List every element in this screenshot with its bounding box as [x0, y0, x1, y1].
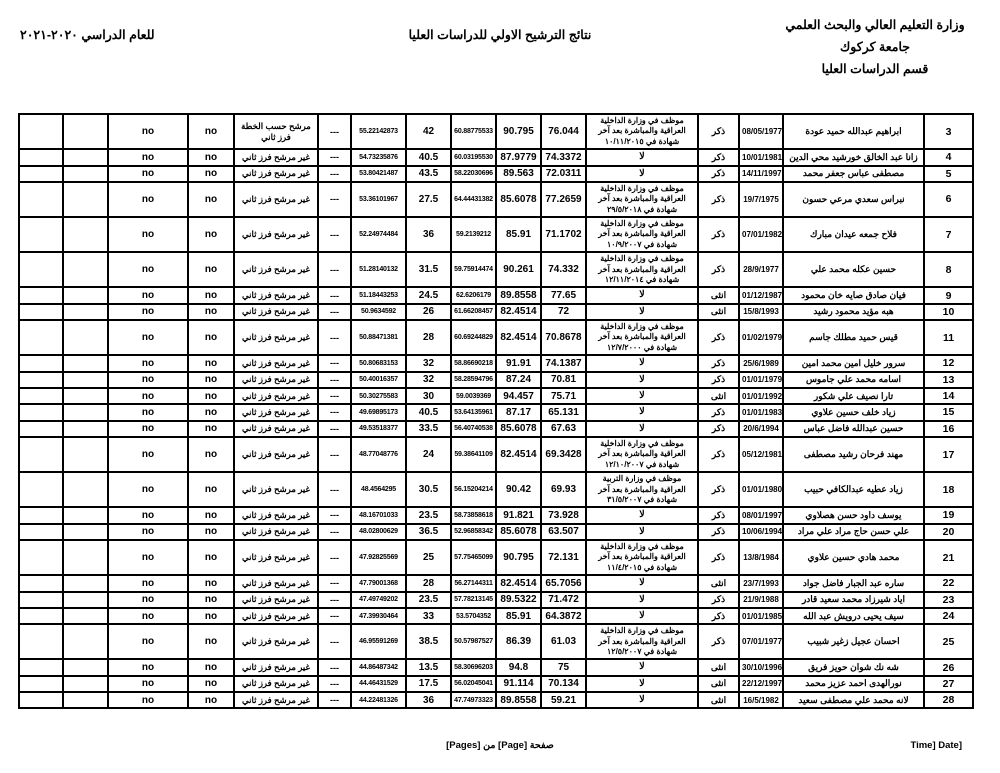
cell-extra-a [19, 659, 63, 675]
cell-graduation-average: 77.2659 [541, 182, 586, 217]
cell-row-number: 17 [924, 437, 973, 472]
cell-gender: انثى [698, 659, 739, 675]
cell-weighted-average: 61.66208457 [451, 304, 496, 320]
cell-name: ساره عبد الجبار فاضل جواد [783, 575, 924, 591]
cell-dashes: --- [318, 388, 351, 404]
table-row: nonoغير مرشح فرز ثاني---50.302755833059.… [19, 388, 973, 404]
cell-extra-a [19, 421, 63, 437]
cell-graduation-average: 77.65 [541, 287, 586, 303]
cell-name: ابراهيم عبدالله حميد عودة [783, 114, 924, 149]
cell-final-score: 44.22481326 [351, 692, 406, 708]
results-table-body: nonoمرشح حسب الخطة فرز ثاني---55.2214287… [19, 114, 973, 708]
cell-graduation-average: 61.03 [541, 624, 586, 659]
cell-name: مصطفى عباس جعفر محمد [783, 166, 924, 182]
cell-employment-status: لا [586, 149, 698, 165]
table-row: nonoغير مرشح فرز ثاني---53.3610196727.56… [19, 182, 973, 217]
cell-extra-b [63, 217, 108, 252]
cell-employment-status: موظف في وزارة الداخلية العراقية والمباشر… [586, 624, 698, 659]
cell-weighted-average: 58.28594796 [451, 372, 496, 388]
cell-graduation-average: 70.8678 [541, 320, 586, 355]
cell-adjusted-average: 90.261 [496, 252, 541, 287]
cell-extra-b [63, 507, 108, 523]
cell-test-score: 25 [406, 540, 451, 575]
cell-employment-status: لا [586, 575, 698, 591]
cell-name: نورالهدى احمد عزيز محمد [783, 676, 924, 692]
cell-no-flag-1: no [188, 114, 234, 149]
cell-no-flag-2: no [108, 692, 188, 708]
cell-gender: ذكر [698, 421, 739, 437]
cell-adjusted-average: 90.795 [496, 540, 541, 575]
cell-no-flag-1: no [188, 692, 234, 708]
cell-final-score: 50.80683153 [351, 355, 406, 371]
cell-no-flag-2: no [108, 166, 188, 182]
cell-extra-a [19, 304, 63, 320]
cell-adjusted-average: 94.8 [496, 659, 541, 675]
cell-dashes: --- [318, 287, 351, 303]
cell-name: هبه مؤيد محمود رشيد [783, 304, 924, 320]
cell-dashes: --- [318, 217, 351, 252]
cell-employment-status: لا [586, 404, 698, 420]
cell-dashes: --- [318, 114, 351, 149]
cell-extra-b [63, 676, 108, 692]
cell-no-flag-2: no [108, 608, 188, 624]
cell-graduation-average: 73.928 [541, 507, 586, 523]
cell-nomination-status: غير مرشح فرز ثاني [234, 608, 318, 624]
cell-gender: ذكر [698, 592, 739, 608]
cell-no-flag-2: no [108, 524, 188, 540]
cell-nomination-status: غير مرشح فرز ثاني [234, 287, 318, 303]
cell-employment-status: لا [586, 592, 698, 608]
table-row: nonoغير مرشح فرز ثاني---44.8648734213.55… [19, 659, 973, 675]
cell-test-score: 23.5 [406, 592, 451, 608]
cell-final-score: 47.92825569 [351, 540, 406, 575]
cell-name: مهند فرحان رشيد مصطفى [783, 437, 924, 472]
cell-birthdate: 19/7/1975 [739, 182, 783, 217]
cell-gender: ذكر [698, 114, 739, 149]
cell-no-flag-1: no [188, 252, 234, 287]
cell-gender: ذكر [698, 372, 739, 388]
cell-no-flag-2: no [108, 575, 188, 591]
cell-test-score: 32 [406, 355, 451, 371]
cell-graduation-average: 69.93 [541, 472, 586, 507]
cell-birthdate: 01/01/1980 [739, 472, 783, 507]
cell-extra-b [63, 182, 108, 217]
cell-gender: انثى [698, 287, 739, 303]
cell-extra-b [63, 472, 108, 507]
cell-graduation-average: 74.3372 [541, 149, 586, 165]
table-row: nonoغير مرشح فرز ثاني---53.8042148743.55… [19, 166, 973, 182]
table-row: nonoغير مرشح فرز ثاني---47.399304643353.… [19, 608, 973, 624]
cell-employment-status: موظف في وزارة الداخلية العراقية والمباشر… [586, 217, 698, 252]
cell-extra-b [63, 114, 108, 149]
cell-final-score: 53.80421487 [351, 166, 406, 182]
cell-name: علي حسن حاج مراد علي مراد [783, 524, 924, 540]
cell-dashes: --- [318, 182, 351, 217]
cell-row-number: 8 [924, 252, 973, 287]
cell-name: حسين عبدالله فاضل عباس [783, 421, 924, 437]
cell-nomination-status: مرشح حسب الخطة فرز ثاني [234, 114, 318, 149]
cell-gender: ذكر [698, 404, 739, 420]
cell-gender: ذكر [698, 182, 739, 217]
cell-no-flag-1: no [188, 472, 234, 507]
cell-graduation-average: 59.21 [541, 692, 586, 708]
cell-adjusted-average: 91.114 [496, 676, 541, 692]
cell-gender: ذكر [698, 320, 739, 355]
cell-birthdate: 21/9/1988 [739, 592, 783, 608]
results-table: nonoمرشح حسب الخطة فرز ثاني---55.2214287… [18, 113, 974, 709]
cell-adjusted-average: 89.563 [496, 166, 541, 182]
cell-extra-a [19, 507, 63, 523]
table-row: nonoغير مرشح فرز ثاني---50.806831533258.… [19, 355, 973, 371]
cell-no-flag-1: no [188, 182, 234, 217]
cell-weighted-average: 53.5704352 [451, 608, 496, 624]
cell-final-score: 48.02800629 [351, 524, 406, 540]
cell-nomination-status: غير مرشح فرز ثاني [234, 540, 318, 575]
cell-extra-b [63, 692, 108, 708]
cell-extra-b [63, 320, 108, 355]
cell-weighted-average: 56.02045041 [451, 676, 496, 692]
cell-graduation-average: 72.0311 [541, 166, 586, 182]
cell-row-number: 4 [924, 149, 973, 165]
table-row: nonoغير مرشح فرز ثاني---46.9559126938.55… [19, 624, 973, 659]
cell-dashes: --- [318, 507, 351, 523]
cell-employment-status: لا [586, 608, 698, 624]
cell-dashes: --- [318, 592, 351, 608]
cell-name: لانه محمد علي مصطفى سعيد [783, 692, 924, 708]
cell-no-flag-2: no [108, 540, 188, 575]
cell-employment-status: موظف في وزارة التربية العراقية والمباشرة… [586, 472, 698, 507]
cell-employment-status: لا [586, 287, 698, 303]
cell-name: سرور خليل امين محمد امين [783, 355, 924, 371]
cell-extra-b [63, 287, 108, 303]
cell-dashes: --- [318, 692, 351, 708]
cell-test-score: 31.5 [406, 252, 451, 287]
cell-name: تارا نصيف علي شكور [783, 388, 924, 404]
cell-test-score: 30 [406, 388, 451, 404]
cell-name: محمد هادي حسين علاوي [783, 540, 924, 575]
cell-no-flag-2: no [108, 114, 188, 149]
document-page: وزارة التعليم العالي والبحث العلمي جامعة… [0, 0, 1000, 773]
cell-row-number: 14 [924, 388, 973, 404]
cell-row-number: 26 [924, 659, 973, 675]
cell-gender: انثى [698, 304, 739, 320]
cell-nomination-status: غير مرشح فرز ثاني [234, 355, 318, 371]
cell-final-score: 51.18443253 [351, 287, 406, 303]
cell-birthdate: 01/01/1983 [739, 404, 783, 420]
cell-extra-b [63, 575, 108, 591]
cell-dashes: --- [318, 659, 351, 675]
cell-gender: ذكر [698, 608, 739, 624]
cell-weighted-average: 57.78213145 [451, 592, 496, 608]
cell-dashes: --- [318, 166, 351, 182]
cell-gender: ذكر [698, 166, 739, 182]
cell-gender: ذكر [698, 472, 739, 507]
table-row: nonoغير مرشح فرز ثاني---50.96345922661.6… [19, 304, 973, 320]
cell-test-score: 17.5 [406, 676, 451, 692]
cell-extra-b [63, 404, 108, 420]
cell-extra-b [63, 524, 108, 540]
cell-weighted-average: 56.40740538 [451, 421, 496, 437]
cell-weighted-average: 53.64135961 [451, 404, 496, 420]
cell-name: زانا عبد الخالق خورشيد محي الدين [783, 149, 924, 165]
cell-no-flag-2: no [108, 624, 188, 659]
cell-nomination-status: غير مرشح فرز ثاني [234, 575, 318, 591]
cell-birthdate: 08/01/1997 [739, 507, 783, 523]
cell-row-number: 11 [924, 320, 973, 355]
table-row: nonoغير مرشح فرز ثاني---47.790013682856.… [19, 575, 973, 591]
cell-final-score: 47.49749202 [351, 592, 406, 608]
table-row: nonoغير مرشح فرز ثاني---47.928255692557.… [19, 540, 973, 575]
cell-final-score: 46.95591269 [351, 624, 406, 659]
cell-row-number: 3 [924, 114, 973, 149]
cell-adjusted-average: 86.39 [496, 624, 541, 659]
cell-test-score: 28 [406, 320, 451, 355]
cell-test-score: 36.5 [406, 524, 451, 540]
cell-no-flag-2: no [108, 287, 188, 303]
cell-dashes: --- [318, 608, 351, 624]
cell-graduation-average: 65.7056 [541, 575, 586, 591]
cell-adjusted-average: 87.9779 [496, 149, 541, 165]
cell-nomination-status: غير مرشح فرز ثاني [234, 166, 318, 182]
table-row: nonoغير مرشح فرز ثاني---44.224813263647.… [19, 692, 973, 708]
cell-extra-a [19, 149, 63, 165]
cell-row-number: 22 [924, 575, 973, 591]
cell-birthdate: 08/05/1977 [739, 114, 783, 149]
cell-graduation-average: 74.332 [541, 252, 586, 287]
table-row: nonoغير مرشح فرز ثاني---51.2814013231.55… [19, 252, 973, 287]
cell-no-flag-2: no [108, 507, 188, 523]
cell-birthdate: 10/01/1981 [739, 149, 783, 165]
cell-no-flag-1: no [188, 676, 234, 692]
cell-gender: ذكر [698, 252, 739, 287]
cell-no-flag-1: no [188, 320, 234, 355]
cell-adjusted-average: 87.24 [496, 372, 541, 388]
cell-final-score: 55.22142873 [351, 114, 406, 149]
cell-gender: ذكر [698, 217, 739, 252]
cell-birthdate: 01/12/1987 [739, 287, 783, 303]
cell-extra-b [63, 421, 108, 437]
table-row: nonoغير مرشح فرز ثاني---47.4974920223.55… [19, 592, 973, 608]
cell-no-flag-1: no [188, 659, 234, 675]
cell-extra-a [19, 252, 63, 287]
cell-gender: ذكر [698, 624, 739, 659]
cell-nomination-status: غير مرشح فرز ثاني [234, 507, 318, 523]
cell-adjusted-average: 82.4514 [496, 575, 541, 591]
cell-nomination-status: غير مرشح فرز ثاني [234, 437, 318, 472]
table-row: nonoغير مرشح فرز ثاني---44.4643152917.55… [19, 676, 973, 692]
cell-birthdate: 20/6/1994 [739, 421, 783, 437]
cell-extra-a [19, 320, 63, 355]
cell-row-number: 27 [924, 676, 973, 692]
cell-final-score: 49.69895173 [351, 404, 406, 420]
cell-graduation-average: 75 [541, 659, 586, 675]
cell-weighted-average: 60.69244829 [451, 320, 496, 355]
cell-gender: ذكر [698, 149, 739, 165]
cell-row-number: 24 [924, 608, 973, 624]
cell-nomination-status: غير مرشح فرز ثاني [234, 421, 318, 437]
cell-final-score: 44.46431529 [351, 676, 406, 692]
cell-weighted-average: 60.03195530 [451, 149, 496, 165]
cell-weighted-average: 59.0039369 [451, 388, 496, 404]
cell-extra-a [19, 166, 63, 182]
cell-adjusted-average: 89.8558 [496, 287, 541, 303]
cell-birthdate: 07/01/1982 [739, 217, 783, 252]
cell-adjusted-average: 87.17 [496, 404, 541, 420]
cell-extra-a [19, 355, 63, 371]
cell-test-score: 24.5 [406, 287, 451, 303]
cell-graduation-average: 69.3428 [541, 437, 586, 472]
cell-row-number: 5 [924, 166, 973, 182]
cell-extra-b [63, 592, 108, 608]
cell-nomination-status: غير مرشح فرز ثاني [234, 472, 318, 507]
cell-dashes: --- [318, 575, 351, 591]
cell-row-number: 6 [924, 182, 973, 217]
cell-extra-a [19, 692, 63, 708]
cell-final-score: 50.30275583 [351, 388, 406, 404]
cell-extra-a [19, 114, 63, 149]
table-row: nonoغير مرشح فرز ثاني---52.249744843659.… [19, 217, 973, 252]
cell-row-number: 7 [924, 217, 973, 252]
cell-weighted-average: 58.22030696 [451, 166, 496, 182]
cell-adjusted-average: 89.8558 [496, 692, 541, 708]
cell-employment-status: لا [586, 507, 698, 523]
cell-employment-status: موظف في وزارة الداخلية العراقية والمباشر… [586, 320, 698, 355]
cell-no-flag-1: no [188, 575, 234, 591]
cell-name: سيف يحيى درويش عبد الله [783, 608, 924, 624]
cell-test-score: 43.5 [406, 166, 451, 182]
cell-birthdate: 28/9/1977 [739, 252, 783, 287]
cell-no-flag-2: no [108, 472, 188, 507]
cell-no-flag-1: no [188, 540, 234, 575]
cell-no-flag-1: no [188, 388, 234, 404]
cell-extra-a [19, 372, 63, 388]
cell-extra-b [63, 372, 108, 388]
cell-test-score: 36 [406, 217, 451, 252]
cell-adjusted-average: 82.4514 [496, 320, 541, 355]
cell-weighted-average: 50.57987527 [451, 624, 496, 659]
cell-no-flag-2: no [108, 355, 188, 371]
cell-employment-status: موظف في وزارة الداخلية العراقية والمباشر… [586, 437, 698, 472]
cell-birthdate: 01/01/1992 [739, 388, 783, 404]
cell-nomination-status: غير مرشح فرز ثاني [234, 320, 318, 355]
cell-weighted-average: 62.6206179 [451, 287, 496, 303]
cell-dashes: --- [318, 149, 351, 165]
cell-no-flag-1: no [188, 404, 234, 420]
cell-dashes: --- [318, 252, 351, 287]
cell-graduation-average: 67.63 [541, 421, 586, 437]
cell-no-flag-2: no [108, 676, 188, 692]
cell-row-number: 16 [924, 421, 973, 437]
cell-extra-a [19, 524, 63, 540]
cell-dashes: --- [318, 676, 351, 692]
cell-final-score: 50.9634592 [351, 304, 406, 320]
cell-no-flag-1: no [188, 304, 234, 320]
cell-adjusted-average: 90.795 [496, 114, 541, 149]
cell-no-flag-1: no [188, 592, 234, 608]
cell-nomination-status: غير مرشح فرز ثاني [234, 217, 318, 252]
table-row: nonoغير مرشح فرز ثاني---54.7323587640.56… [19, 149, 973, 165]
cell-no-flag-2: no [108, 437, 188, 472]
cell-name: زياد خلف حسين علاوي [783, 404, 924, 420]
ministry-header-block: وزارة التعليم العالي والبحث العلمي جامعة… [760, 14, 990, 80]
cell-name: يوسف داود حسن هصلاوي [783, 507, 924, 523]
cell-extra-b [63, 355, 108, 371]
cell-nomination-status: غير مرشح فرز ثاني [234, 659, 318, 675]
cell-dashes: --- [318, 372, 351, 388]
cell-nomination-status: غير مرشح فرز ثاني [234, 676, 318, 692]
cell-graduation-average: 70.134 [541, 676, 586, 692]
cell-no-flag-1: no [188, 372, 234, 388]
cell-test-score: 42 [406, 114, 451, 149]
cell-graduation-average: 71.1702 [541, 217, 586, 252]
cell-extra-a [19, 404, 63, 420]
cell-graduation-average: 76.044 [541, 114, 586, 149]
cell-nomination-status: غير مرشح فرز ثاني [234, 692, 318, 708]
cell-weighted-average: 52.96858342 [451, 524, 496, 540]
cell-final-score: 50.88471381 [351, 320, 406, 355]
cell-adjusted-average: 82.4514 [496, 437, 541, 472]
cell-dashes: --- [318, 421, 351, 437]
cell-dashes: --- [318, 320, 351, 355]
cell-no-flag-1: no [188, 507, 234, 523]
cell-extra-a [19, 217, 63, 252]
cell-no-flag-1: no [188, 437, 234, 472]
cell-weighted-average: 59.75914474 [451, 252, 496, 287]
cell-name: فلاح جمعه عيدان مبارك [783, 217, 924, 252]
cell-final-score: 47.79001368 [351, 575, 406, 591]
cell-birthdate: 15/8/1993 [739, 304, 783, 320]
cell-nomination-status: غير مرشح فرز ثاني [234, 149, 318, 165]
cell-employment-status: لا [586, 166, 698, 182]
cell-adjusted-average: 89.5322 [496, 592, 541, 608]
cell-graduation-average: 64.3872 [541, 608, 586, 624]
cell-final-score: 54.73235876 [351, 149, 406, 165]
table-row: nonoغير مرشح فرز ثاني---49.5351837733.55… [19, 421, 973, 437]
cell-extra-a [19, 575, 63, 591]
cell-extra-b [63, 608, 108, 624]
cell-birthdate: 01/01/1985 [739, 608, 783, 624]
cell-no-flag-2: no [108, 149, 188, 165]
table-row: nonoغير مرشح فرز ثاني---48.770487762459.… [19, 437, 973, 472]
cell-final-score: 49.53518377 [351, 421, 406, 437]
cell-nomination-status: غير مرشح فرز ثاني [234, 592, 318, 608]
cell-extra-a [19, 182, 63, 217]
table-row: nonoغير مرشح فرز ثاني---50.400163573258.… [19, 372, 973, 388]
cell-nomination-status: غير مرشح فرز ثاني [234, 252, 318, 287]
cell-birthdate: 14/11/1997 [739, 166, 783, 182]
cell-graduation-average: 72 [541, 304, 586, 320]
cell-no-flag-2: no [108, 388, 188, 404]
cell-final-score: 52.24974484 [351, 217, 406, 252]
cell-graduation-average: 70.81 [541, 372, 586, 388]
cell-no-flag-2: no [108, 217, 188, 252]
table-row: nonoغير مرشح فرز ثاني---49.6989517340.55… [19, 404, 973, 420]
table-row: nonoغير مرشح فرز ثاني---48.456429530.556… [19, 472, 973, 507]
cell-graduation-average: 65.131 [541, 404, 586, 420]
cell-no-flag-1: no [188, 355, 234, 371]
cell-adjusted-average: 85.6078 [496, 524, 541, 540]
cell-extra-b [63, 624, 108, 659]
cell-employment-status: لا [586, 659, 698, 675]
cell-test-score: 27.5 [406, 182, 451, 217]
cell-birthdate: 22/12/1997 [739, 676, 783, 692]
cell-birthdate: 30/10/1996 [739, 659, 783, 675]
cell-adjusted-average: 90.42 [496, 472, 541, 507]
cell-birthdate: 01/02/1979 [739, 320, 783, 355]
cell-extra-a [19, 676, 63, 692]
table-row: nonoغير مرشح فرز ثاني---51.1844325324.56… [19, 287, 973, 303]
cell-name: زياد عطيه عبدالكافي حبيب [783, 472, 924, 507]
